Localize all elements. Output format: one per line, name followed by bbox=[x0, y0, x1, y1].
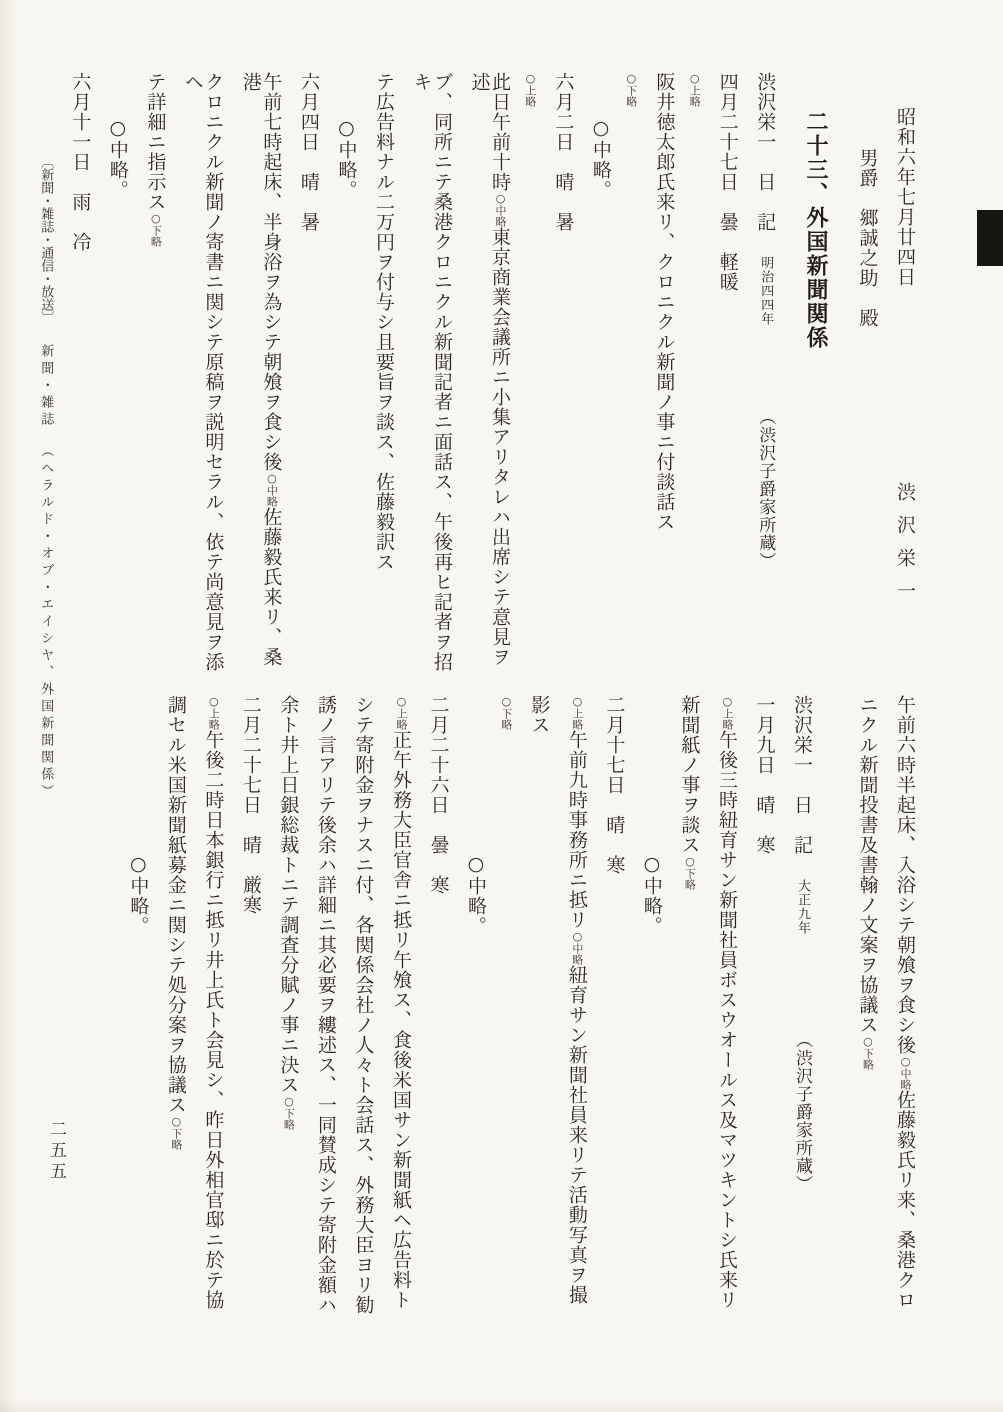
page-number: 二五五 bbox=[44, 1120, 69, 1183]
text-segment: 渋沢栄一 bbox=[894, 482, 916, 614]
entry-text: 阪井徳太郎氏来リ、クロニクル新聞ノ事ニ付談話ス bbox=[654, 72, 675, 678]
entry-date: 四月二十七日 曇 軽暖 bbox=[717, 72, 738, 678]
document-page: 昭和六年七月廿四日渋沢栄一男爵 郷誠之助 殿二十三、外国新聞関係渋沢栄一 日 記… bbox=[0, 0, 1003, 1412]
entry-text: ニクル新聞投書及書翰ノ文案ヲ協議ス○下略 bbox=[857, 695, 878, 1319]
omission-line: ○中略。 bbox=[128, 695, 149, 1319]
vertical-spacer bbox=[801, 935, 802, 1031]
black-index-tab bbox=[977, 210, 1003, 266]
text-segment: 影ス bbox=[528, 695, 550, 735]
omission-marker: ○中略 bbox=[494, 192, 507, 227]
omission-marker: ○下略 bbox=[170, 1115, 183, 1150]
entry-date: 六月二日 晴 暑 bbox=[553, 72, 574, 678]
text-segment: 紐育サン新聞社員来リテ活動写真ヲ撮 bbox=[566, 965, 588, 1305]
text-segment: ○中略。 bbox=[107, 117, 129, 200]
entry-date: 六月四日 晴 暑 bbox=[298, 72, 319, 678]
entry-text: 余ト井上日銀総裁トニテ調査分賦ノ事ニ決ス○下略 bbox=[278, 695, 299, 1319]
text-segment: シテ寄附金ヲナスニ付、各関係会社ノ人々ト会話ス、外務大臣ヨリ勧 bbox=[352, 695, 374, 1315]
section-heading: 二十三、外国新聞関係 bbox=[803, 72, 827, 678]
text-segment: クロニクル新聞ノ寄書ニ関シテ原稿ヲ説明セラル、依テ尚意見ヲ添ヘ bbox=[182, 72, 225, 672]
omission-marker: ○上略 bbox=[524, 72, 537, 107]
omission-line: ○中略。 bbox=[641, 695, 662, 1319]
letter-date-signature: 昭和六年七月廿四日渋沢栄一 bbox=[894, 72, 915, 678]
doc-title-taisho: 渋沢栄一 日 記大正九年（渋沢子爵家所蔵） bbox=[791, 695, 812, 1319]
omission-marker: ○下略 bbox=[683, 855, 696, 890]
letter-addressee: 男爵 郷誠之助 殿 bbox=[857, 72, 878, 678]
omission-marker: ○上略 bbox=[207, 695, 220, 730]
vertical-spacer bbox=[905, 287, 906, 482]
text-segment: ニクル新聞投書及書翰ノ文案ヲ協議ス bbox=[856, 695, 878, 1035]
text-segment: 二月二十六日 曇 寒 bbox=[427, 695, 449, 895]
omission-marker: ○下略 bbox=[625, 72, 638, 107]
entry-date: 二月二十七日 晴 厳寒 bbox=[240, 695, 261, 1319]
entry-text: クロニクル新聞ノ寄書ニ関シテ原稿ヲ説明セラル、依テ尚意見ヲ添ヘ bbox=[182, 72, 223, 678]
text-segment: ○中略。 bbox=[465, 853, 487, 936]
entry-date: 六月十一日 雨 冷 bbox=[70, 72, 91, 678]
entry-text: 調セル米国新聞紙募金ニ関シテ処分案ヲ協議ス○下略 bbox=[165, 695, 186, 1319]
entry-text: ブ、同所ニテ桑港クロニクル新聞記者ニ面話ス、午後再ヒ記者ヲ招キ bbox=[411, 72, 452, 678]
text-segment: ○中略。 bbox=[641, 853, 663, 936]
entry-text: 此日午前十時○中略東京商業会議所ニ小集アリタレハ出席シテ意見ヲ述 bbox=[469, 72, 510, 678]
text-segment: 調セル米国新聞紙募金ニ関シテ処分案ヲ協議ス bbox=[165, 695, 187, 1115]
margin-note: 〔新聞・雑誌・通信・放送〕新聞・雑誌（ヘラルド・オブ・エイシヤ、外国新聞関係） bbox=[38, 155, 52, 801]
text-segment: テ詳細ニ指示ス bbox=[144, 72, 166, 212]
entry-text: 誘ノ言アリテ後余ハ詳細ニ其必要ヲ縷述ス、一同賛成シテ寄附金額ハ bbox=[315, 695, 336, 1319]
text-segment: 午前九時事務所ニ抵リ bbox=[566, 730, 588, 930]
omission-note: ○上略 bbox=[524, 72, 536, 678]
entry-text: テ広告料ナル二万円ヲ付与シ且要旨ヲ談ス、佐藤毅訳ス bbox=[373, 72, 394, 678]
text-segment: 一月九日 晴 寒 bbox=[753, 695, 775, 855]
entry-text: 午前六時半起床、入浴シテ朝飧ヲ食シ後○中略佐藤毅氏リ来、桑港クロ bbox=[894, 695, 915, 1319]
vertical-spacer bbox=[801, 855, 802, 879]
text-segment: 渋沢栄一 日 記 bbox=[754, 72, 776, 232]
text-segment: ブ、同所ニテ桑港クロニクル新聞記者ニ面話ス、午後再ヒ記者ヲ招キ bbox=[410, 72, 453, 672]
text-segment: 新聞・雑誌 bbox=[38, 344, 53, 429]
text-segment: 男爵 郷誠之助 殿 bbox=[856, 148, 878, 328]
source-note: （渋沢子爵家所蔵） bbox=[792, 1031, 812, 1193]
omission-note: ○下略 bbox=[625, 72, 637, 678]
text-segment: 午前七時起床、半身浴ヲ為シテ朝飧ヲ食シ後 bbox=[260, 72, 282, 472]
omission-marker: ○中略 bbox=[265, 472, 278, 507]
omission-marker: ○中略 bbox=[571, 930, 584, 965]
entry-text: ○上略午後三時紐育サン新聞社員ボスウオールス及マツキントシ氏来リ bbox=[716, 695, 737, 1319]
bottom-register: 午前六時半起床、入浴シテ朝飧ヲ食シ後○中略佐藤毅氏リ来、桑港クロニクル新聞投書及… bbox=[111, 695, 915, 1319]
vertical-spacer bbox=[45, 324, 46, 344]
entry-date: 一月九日 晴 寒 bbox=[754, 695, 775, 1319]
text-segment: 佐藤毅氏リ来、桑港クロ bbox=[894, 1090, 916, 1310]
top-register: 昭和六年七月廿四日渋沢栄一男爵 郷誠之助 殿二十三、外国新聞関係渋沢栄一 日 記… bbox=[53, 72, 915, 678]
omission-note: ○下略 bbox=[500, 695, 512, 1319]
omission-line: ○中略。 bbox=[107, 72, 128, 678]
source-note: （渋沢子爵家所蔵） bbox=[755, 408, 775, 570]
vertical-spacer bbox=[45, 429, 46, 444]
text-segment: テ広告料ナル二万円ヲ付与シ且要旨ヲ談ス、佐藤毅訳ス bbox=[373, 72, 395, 572]
omission-marker: ○上略 bbox=[571, 695, 584, 730]
era-note: 明治四四年 bbox=[758, 256, 773, 326]
entry-date: 二月二十六日 曇 寒 bbox=[428, 695, 449, 1319]
text-segment: 二十三、外国新聞関係 bbox=[803, 110, 829, 350]
text-segment: 新聞紙ノ事ヲ談ス bbox=[678, 695, 700, 855]
entry-text: シテ寄附金ヲナスニ付、各関係会社ノ人々ト会話ス、外務大臣ヨリ勧 bbox=[353, 695, 374, 1319]
text-segment: 六月四日 晴 暑 bbox=[298, 72, 320, 232]
omission-line: ○中略。 bbox=[465, 695, 486, 1319]
entry-text: テ詳細ニ指示ス○下略 bbox=[145, 72, 166, 678]
omission-note: ○上略 bbox=[688, 72, 700, 678]
text-segment: 午後三時紐育サン新聞社員ボスウオールス及マツキントシ氏来リ bbox=[716, 730, 738, 1310]
omission-line: ○中略。 bbox=[336, 72, 357, 678]
omission-marker: ○上略 bbox=[395, 695, 408, 730]
doc-title-meiji: 渋沢栄一 日 記明治四四年（渋沢子爵家所蔵） bbox=[755, 72, 776, 678]
text-segment: 阪井徳太郎氏来リ、クロニクル新聞ノ事ニ付談話ス bbox=[653, 72, 675, 532]
text-segment: ○中略。 bbox=[335, 117, 357, 200]
text-segment: 午後二時日本銀行ニ抵リ井上氏ト会見シ、昨日外相官邸ニ於テ協 bbox=[202, 730, 224, 1310]
omission-marker: ○下略 bbox=[282, 1095, 295, 1130]
text-segment: 渋沢栄一 日 記 bbox=[791, 695, 813, 855]
text-segment: 此日午前十時 bbox=[489, 72, 511, 192]
entry-date: 二月十七日 晴 寒 bbox=[604, 695, 625, 1319]
entry-text: ○上略正午外務大臣官舎ニ抵リ午飧ス、食後米国サン新聞紙ヘ広告料ト bbox=[390, 695, 411, 1319]
text-segment: 誘ノ言アリテ後余ハ詳細ニ其必要ヲ縷述ス、一同賛成シテ寄附金額ハ bbox=[315, 695, 337, 1315]
text-segment: 午前六時半起床、入浴シテ朝飧ヲ食シ後 bbox=[894, 695, 916, 1055]
omission-marker: ○下略 bbox=[500, 695, 513, 730]
omission-marker: ○上略 bbox=[688, 72, 701, 107]
entry-text: 午前七時起床、半身浴ヲ為シテ朝飧ヲ食シ後○中略佐藤毅氏来リ、桑港 bbox=[240, 72, 281, 678]
text-segment: 昭和六年七月廿四日 bbox=[894, 107, 916, 287]
vertical-spacer bbox=[765, 232, 766, 256]
text-segment: 二月十七日 晴 寒 bbox=[603, 695, 625, 875]
entry-text: 影ス bbox=[529, 695, 550, 1319]
entry-text: ○上略午後二時日本銀行ニ抵リ井上氏ト会見シ、昨日外相官邸ニ於テ協 bbox=[203, 695, 224, 1319]
text-segment: 六月十一日 雨 冷 bbox=[69, 72, 91, 252]
omission-marker: ○下略 bbox=[149, 212, 162, 247]
omission-marker: ○上略 bbox=[721, 695, 734, 730]
text-segment: 四月二十七日 曇 軽暖 bbox=[717, 72, 739, 292]
text-segment: 正午外務大臣官舎ニ抵リ午飧ス、食後米国サン新聞紙ヘ広告料ト bbox=[390, 730, 412, 1310]
entry-text: 新聞紙ノ事ヲ談ス○下略 bbox=[679, 695, 700, 1319]
text-segment: （ヘラルド・オブ・エイシヤ、外国新聞関係） bbox=[38, 444, 53, 801]
text-segment: ○中略。 bbox=[590, 117, 612, 200]
vertical-spacer bbox=[765, 326, 766, 408]
text-segment: 二月二十七日 晴 厳寒 bbox=[240, 695, 262, 915]
text-segment: 〔新聞・雑誌・通信・放送〕 bbox=[38, 155, 53, 324]
text-segment: 余ト井上日銀総裁トニテ調査分賦ノ事ニ決ス bbox=[277, 695, 299, 1095]
text-segment: 六月二日 晴 暑 bbox=[552, 72, 574, 232]
omission-marker: ○中略 bbox=[899, 1055, 912, 1090]
omission-line: ○中略。 bbox=[590, 72, 611, 678]
omission-marker: ○下略 bbox=[861, 1035, 874, 1070]
era-note: 大正九年 bbox=[795, 879, 810, 935]
text-segment: ○中略。 bbox=[127, 853, 149, 936]
entry-text: ○上略午前九時事務所ニ抵リ○中略紐育サン新聞社員来リテ活動写真ヲ撮 bbox=[566, 695, 587, 1319]
